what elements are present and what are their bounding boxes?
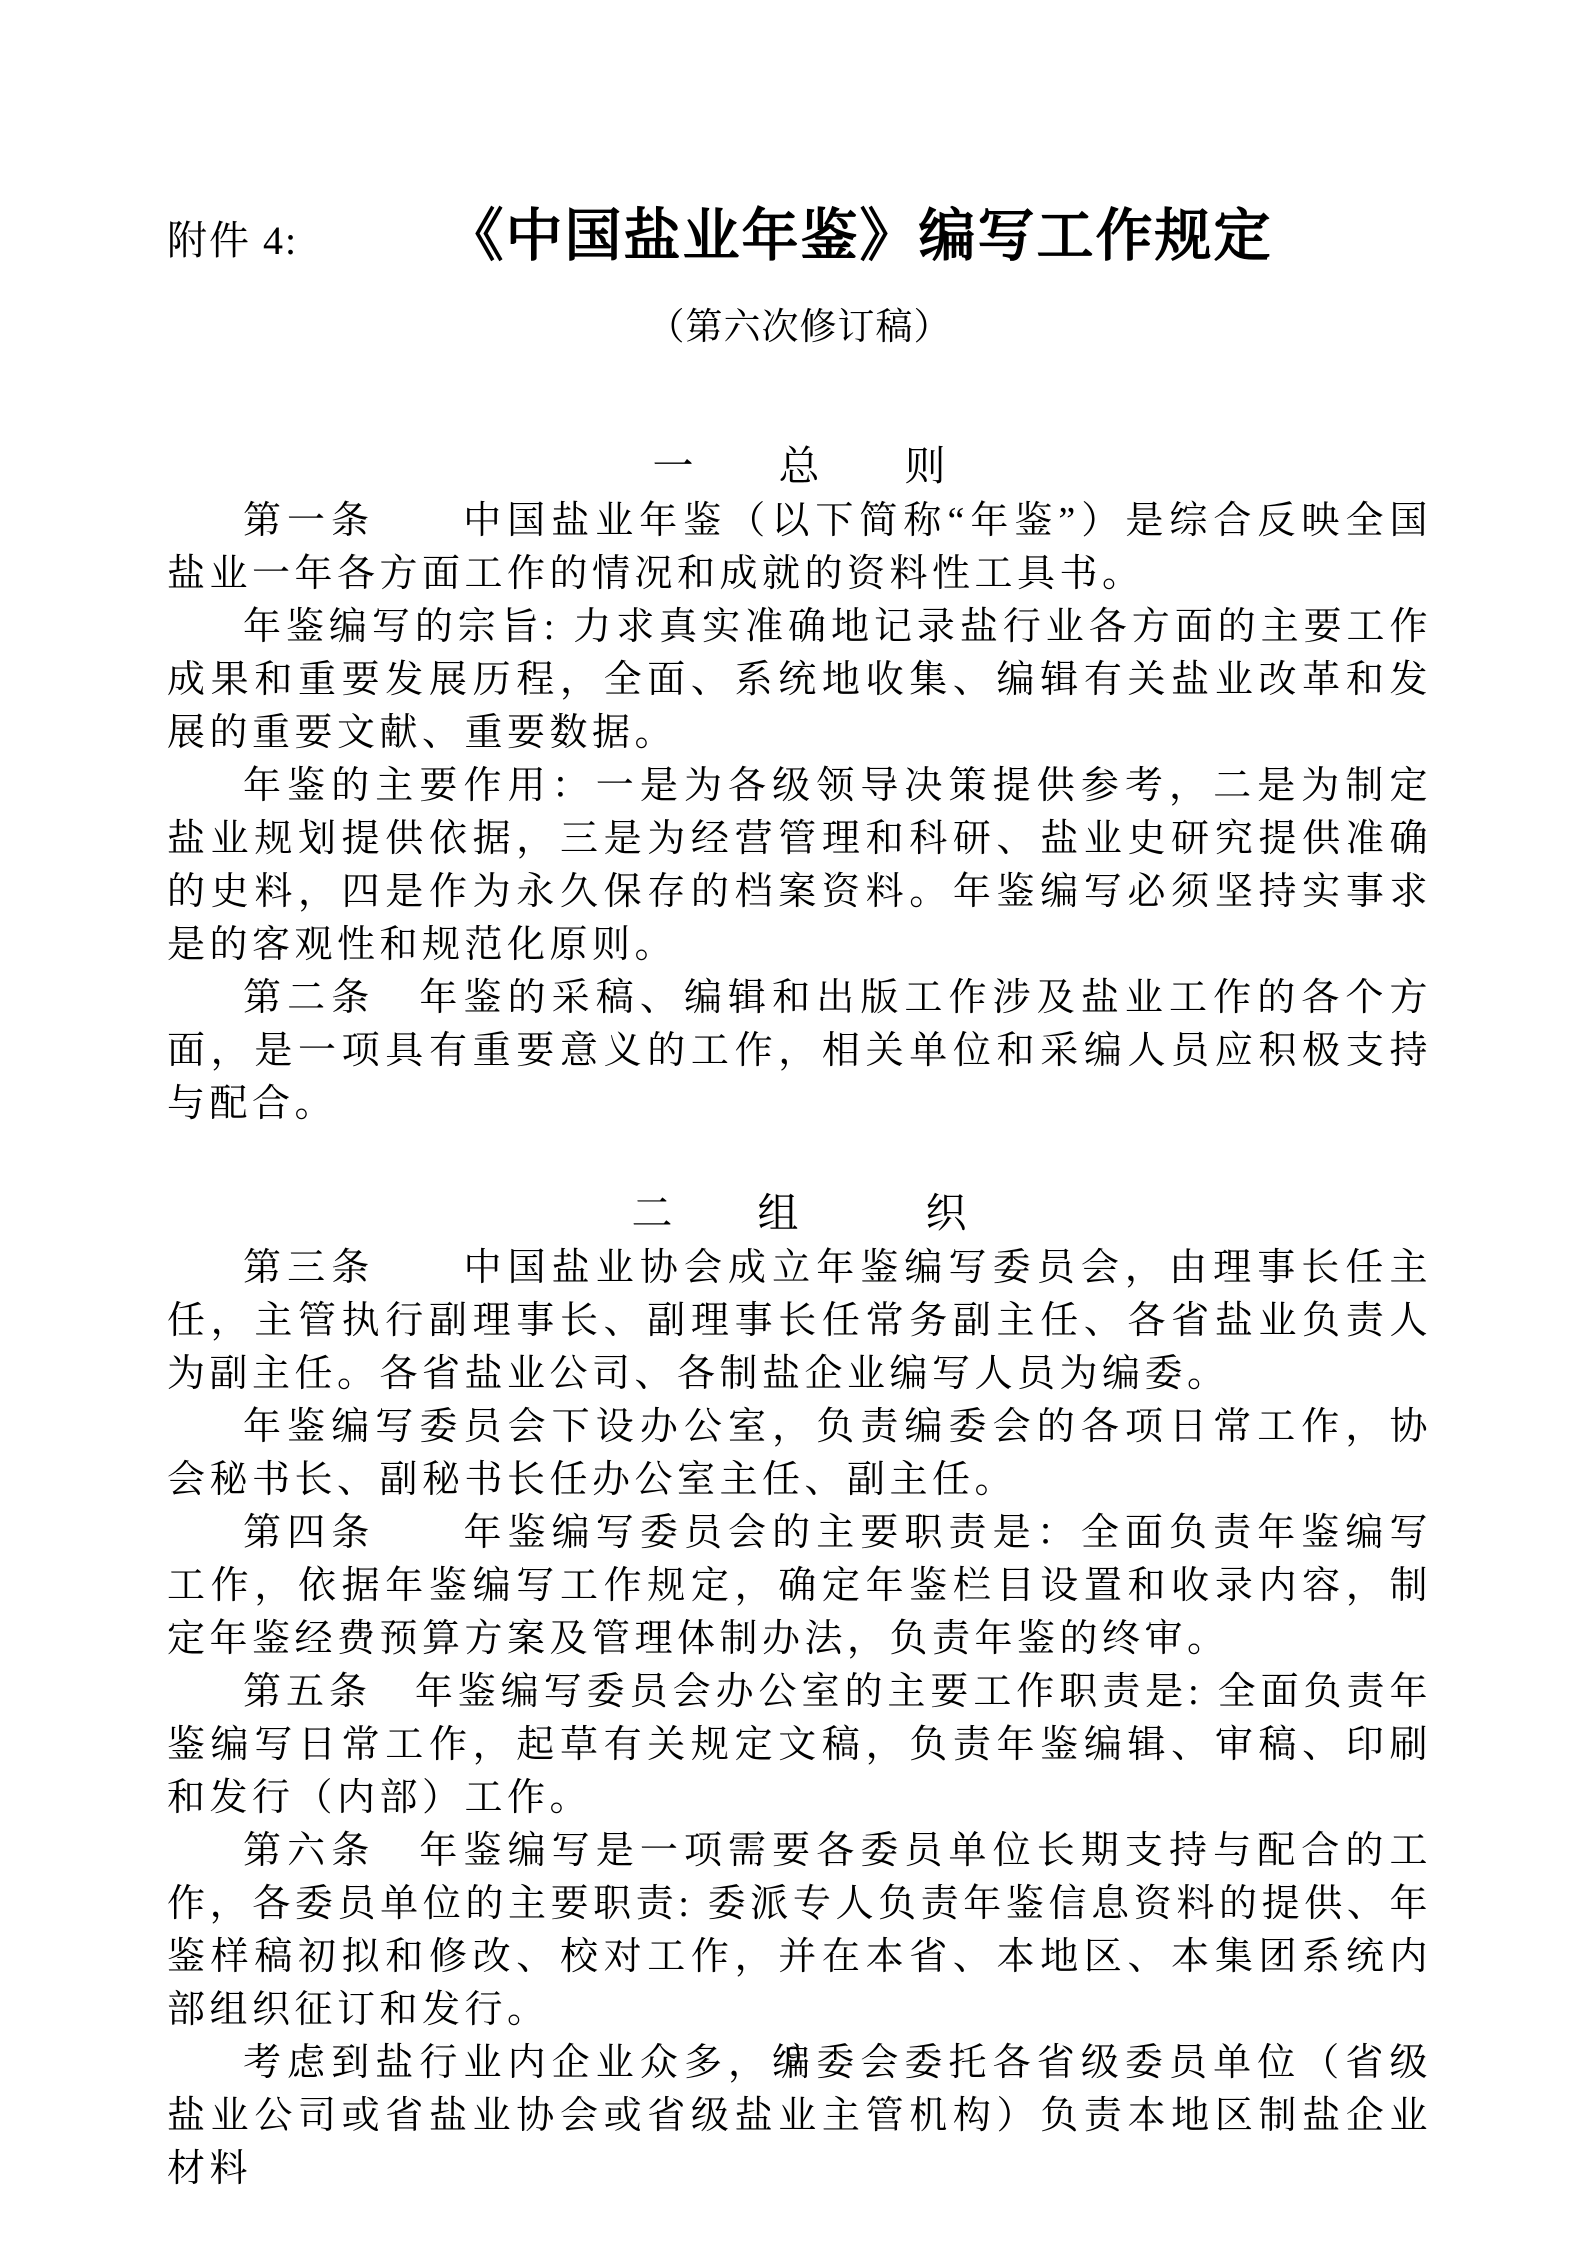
paragraph-office-setup: 年鉴编写委员会下设办公室，负责编委会的各项日常工作，协会秘书长、副秘书长任办公室…: [167, 1401, 1432, 1507]
paragraph-article-1: 第一条 中国盐业年鉴（以下简称“年鉴”）是综合反映全国盐业一年各方面工作的情况和…: [167, 495, 1432, 601]
document-title: 《中国盐业年鉴》编写工作规定: [447, 190, 1273, 272]
document-subtitle: （第六次修订稿）: [167, 296, 1432, 350]
page-footer: 9: [0, 2040, 1587, 2074]
title-row: 附件 4: 《中国盐业年鉴》编写工作规定: [167, 190, 1432, 272]
section-heading-organization: 二 组 织: [167, 1187, 1432, 1240]
page-number: 9: [786, 2040, 801, 2073]
paragraph-article-4: 第四条 年鉴编写委员会的主要职责是：全面负责年鉴编写工作，依据年鉴编写工作规定，…: [167, 1507, 1432, 1666]
paragraph-article-6: 第六条 年鉴编写是一项需要各委员单位长期支持与配合的工作，各委员单位的主要职责:…: [167, 1825, 1432, 2037]
paragraph-article-3: 第三条 中国盐业协会成立年鉴编写委员会，由理事长任主任，主管执行副理事长、副理事…: [167, 1242, 1432, 1401]
document-page: 附件 4: 《中国盐业年鉴》编写工作规定 （第六次修订稿） 一 总 则 第一条 …: [0, 0, 1587, 2245]
paragraph-purpose: 年鉴编写的宗旨: 力求真实准确地记录盐行业各方面的主要工作成果和重要发展历程，全…: [167, 601, 1432, 760]
paragraph-main-role: 年鉴的主要作用：一是为各级领导决策提供参考，二是为制定盐业规划提供依据，三是为经…: [167, 760, 1432, 972]
section-general-provisions: 一 总 则 第一条 中国盐业年鉴（以下简称“年鉴”）是综合反映全国盐业一年各方面…: [167, 440, 1432, 1131]
section-heading-general: 一 总 则: [167, 440, 1432, 493]
paragraph-article-2: 第二条 年鉴的采稿、编辑和出版工作涉及盐业工作的各个方面，是一项具有重要意义的工…: [167, 972, 1432, 1131]
attachment-label: 附件 4:: [167, 209, 298, 266]
paragraph-article-5: 第五条 年鉴编写委员会办公室的主要工作职责是: 全面负责年鉴编写日常工作，起草有…: [167, 1666, 1432, 1825]
